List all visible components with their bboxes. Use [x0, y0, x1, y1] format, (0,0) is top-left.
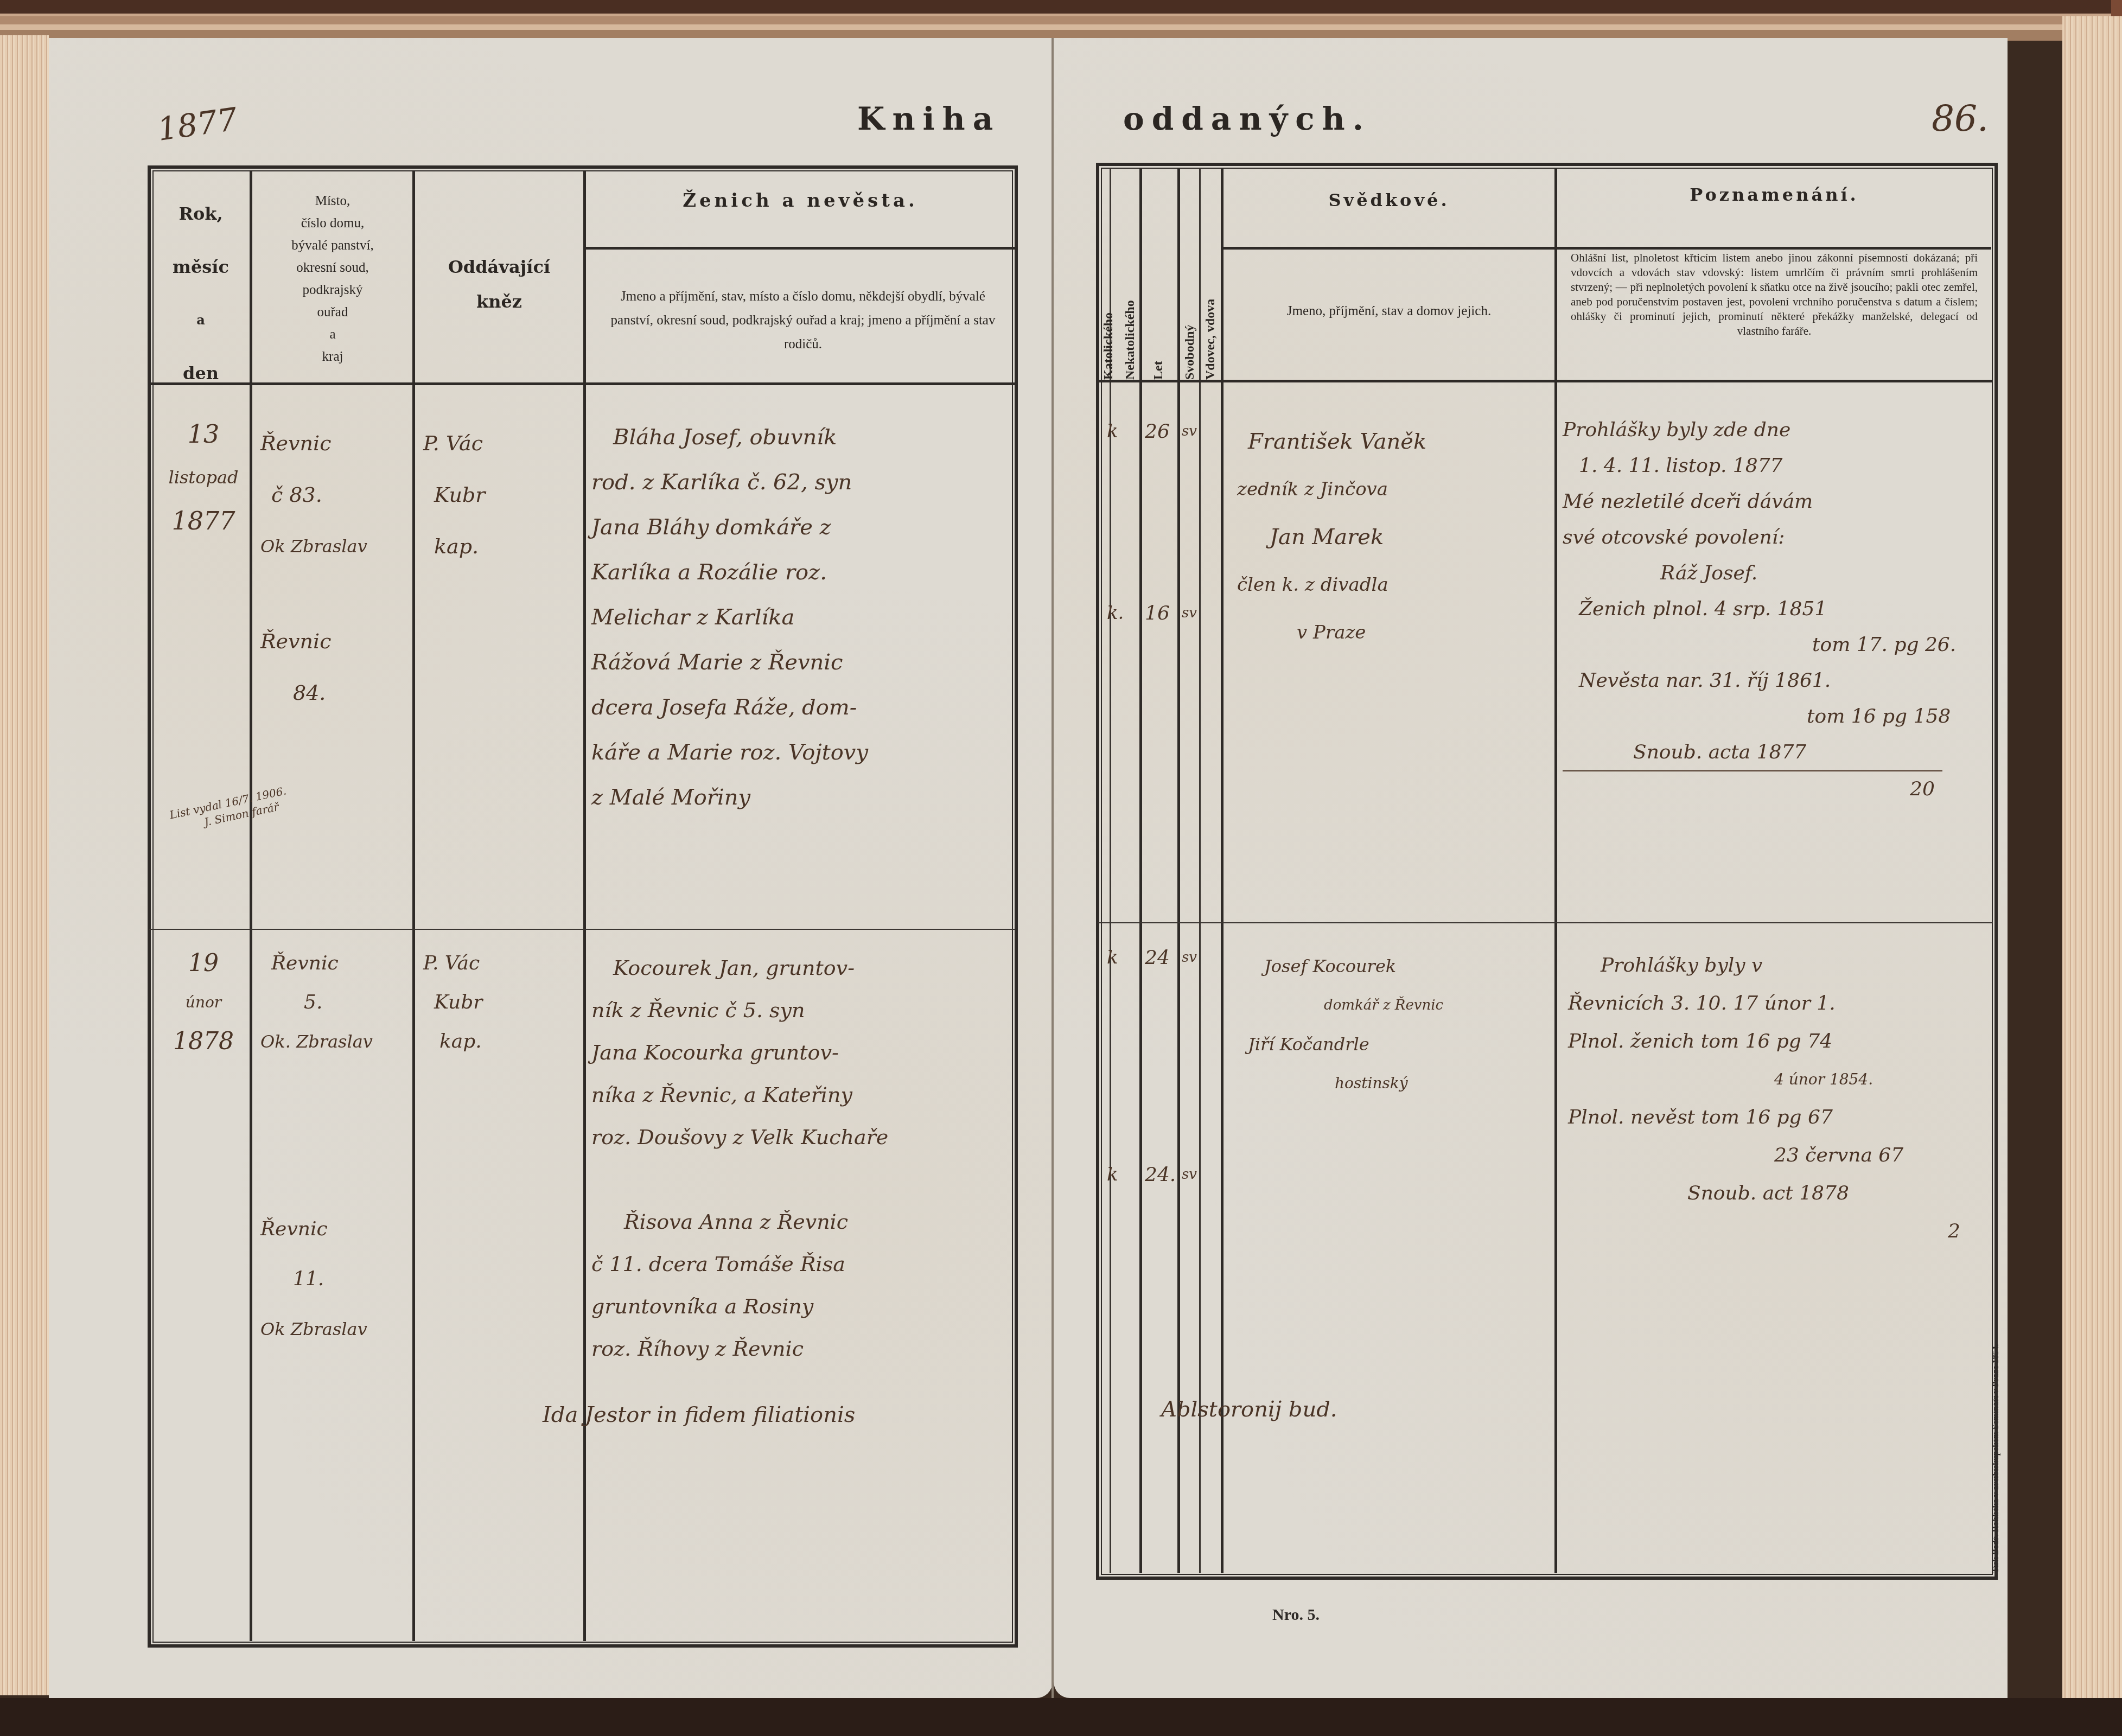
- witness-line: Jan Marek: [1237, 513, 1426, 561]
- entry-place-line: Řevnic: [260, 418, 367, 469]
- entry-date-day: 13: [163, 412, 244, 456]
- note-line: 23 června 67: [1568, 1137, 1960, 1175]
- header-bottom-rule: [1098, 380, 1993, 382]
- entry-text-line: Karlíka a Rozálie roz.: [591, 550, 868, 595]
- entry-1-priest: P. Vác Kubr kap.: [423, 418, 486, 572]
- entry-1-groom-bride: Bláha Josef, obuvník rod. z Karlíka č. 6…: [591, 415, 868, 820]
- header-misto-line: a: [254, 323, 411, 346]
- header-zenich-desc: Jmeno a příjmění, stav, místo a číslo do…: [602, 285, 1004, 356]
- page-stack-right: [2062, 16, 2122, 1698]
- header-zenich-title: Ženich a nevěsta.: [589, 190, 1012, 212]
- header-misto-line: okresní soud,: [254, 257, 411, 279]
- note-line: Plnol. ženich tom 16 pg 74: [1568, 1023, 1960, 1061]
- divider: [1199, 168, 1201, 1573]
- book-bottom-edge: [0, 1698, 2122, 1736]
- note-line: Ženich plnol. 4 srp. 1851: [1563, 591, 1956, 627]
- entry-text-line: rod. z Karlíka č. 62, syn: [591, 460, 868, 505]
- title-left: Kniha: [857, 100, 1001, 137]
- entry-place-line: 84.: [260, 667, 331, 719]
- entry-text-line: Jana Bláhy domkáře z: [591, 505, 868, 550]
- entry-1-date: 13 listopad 1877: [163, 412, 244, 542]
- entry-date-month: listopad: [163, 456, 244, 499]
- entry-priest-line: kap.: [423, 1022, 483, 1061]
- note-line: tom 16 pg 158: [1563, 699, 1956, 735]
- header-svedkove-desc: Jmeno, příjmění, stav a domov jejich.: [1226, 301, 1552, 322]
- entry-2-priest: P. Vác Kubr kap.: [423, 944, 483, 1061]
- entry-place-line: č 83.: [260, 469, 367, 521]
- entry-separator: [149, 929, 1015, 930]
- note-line: 2: [1568, 1212, 1960, 1250]
- header-poznamenani-title: Poznamenání.: [1560, 184, 1989, 205]
- entry-2-place-bride: Řevnic 11. Ok Zbraslav: [260, 1204, 367, 1354]
- page-stack-left: [0, 35, 49, 1695]
- note-line: Mé nezletilé dceři dávám: [1563, 484, 1956, 520]
- entry-1-catholic-groom: k: [1107, 420, 1118, 442]
- entry-2-status-bride: sv: [1182, 1166, 1197, 1183]
- entry-text-line: káře a Marie roz. Vojtovy: [591, 730, 868, 775]
- entry-2-catholic-bride: k: [1107, 1164, 1118, 1185]
- entry-1-status-groom: sv: [1182, 423, 1197, 439]
- entry-date-month: únor: [163, 983, 244, 1022]
- entry-priest-line: Kubr: [423, 983, 483, 1022]
- entry-text-line: Kocourek Jan, gruntov-: [591, 947, 888, 989]
- header-misto-line: Místo,: [254, 190, 411, 212]
- entry-1-age-bride: 16: [1145, 602, 1170, 624]
- note-line: Snoub. acta 1877: [1563, 735, 1956, 770]
- divider: [1221, 168, 1224, 1573]
- signature-right: Ablstoronij bud.: [1161, 1397, 1337, 1422]
- entry-place-line: Ok Zbraslav: [260, 1304, 367, 1354]
- header-vdovec: Vdovec, vdova: [1203, 260, 1218, 380]
- header-misto-line: ouřad: [254, 301, 411, 323]
- entry-1-catholic-bride: k.: [1107, 602, 1124, 624]
- entry-text-line: č 11. dcera Tomáše Řisa: [591, 1243, 888, 1285]
- form-number: Nro. 5.: [1272, 1606, 1320, 1624]
- header-svobodny: Svobodný: [1183, 304, 1197, 380]
- entry-text-line: dcera Josefa Ráže, dom-: [591, 685, 868, 730]
- entry-date-year: 1877: [163, 499, 244, 542]
- entry-text-line: Řisova Anna z Řevnic: [591, 1201, 888, 1243]
- entry-2-age-groom: 24: [1145, 947, 1170, 969]
- entry-2-date: 19 únor 1878: [163, 944, 244, 1061]
- entry-2-status-groom: sv: [1182, 949, 1197, 966]
- header-rok-line: měsíc: [155, 240, 247, 293]
- entry-1-place-groom: Řevnic č 83. Ok Zbraslav: [260, 418, 367, 572]
- entry-place-line: Řevnic: [260, 1204, 367, 1254]
- header-knez: Oddávající kněz: [418, 250, 581, 319]
- entry-place-line: 5.: [260, 983, 373, 1022]
- entry-text-line: Melichar z Karlíka: [591, 595, 868, 640]
- entry-place-line: Řevnic: [260, 944, 373, 983]
- witness-line: v Praze: [1237, 609, 1426, 656]
- header-rok-line: den: [155, 347, 247, 400]
- entry-place-line: 11.: [260, 1254, 367, 1304]
- note-line: Snoub. act 1878: [1568, 1175, 1960, 1212]
- note-line: Nevěsta nar. 31. říj 1861.: [1563, 663, 1956, 699]
- witness-line: domkář z Řevnic: [1248, 986, 1443, 1025]
- divider: [1139, 168, 1142, 1573]
- note-line: Ráž Josef.: [1563, 556, 1956, 591]
- entry-1-age-groom: 26: [1145, 420, 1170, 443]
- note-line: 1. 4. 11. listop. 1877: [1563, 448, 1956, 484]
- entry-1-notes: Prohlášky byly zde dne 1. 4. 11. listop.…: [1563, 412, 1956, 807]
- witness-line: František Vaněk: [1237, 418, 1426, 465]
- header-knez-line: kněz: [418, 284, 581, 319]
- divider: [250, 171, 252, 1641]
- entry-text-line: gruntovníka a Rosiny: [591, 1285, 888, 1327]
- header-knez-line: Oddávající: [418, 250, 581, 284]
- entry-2-groom-bride: Kocourek Jan, gruntov- ník z Řevnic č 5.…: [591, 947, 888, 1370]
- entry-text-line: [591, 1158, 888, 1201]
- entry-text-line: Bláha Josef, obuvník: [591, 415, 868, 460]
- note-line: Plnol. nevěst tom 16 pg 67: [1568, 1099, 1960, 1137]
- entry-1-place-bride: Řevnic 84.: [260, 616, 331, 719]
- entry-priest-line: Kubr: [423, 469, 486, 521]
- witness-line: hostinský: [1248, 1064, 1443, 1103]
- note-line: 4 únor 1854.: [1568, 1061, 1960, 1099]
- entry-text-line: roz. Doušovy z Velk Kuchaře: [591, 1116, 888, 1158]
- header-misto-line: podkrajský: [254, 279, 411, 301]
- page-number: 86.: [1932, 98, 1989, 139]
- witness-line: Josef Kocourek: [1248, 947, 1443, 986]
- entry-text-line: níka z Řevnic, a Kateřiny: [591, 1074, 888, 1116]
- entry-1-status-bride: sv: [1182, 605, 1197, 621]
- header-rok-line: a: [155, 293, 247, 347]
- entry-text-line: roz. Říhovy z Řevnic: [591, 1327, 888, 1370]
- entry-date-year: 1878: [163, 1022, 244, 1061]
- note-line: 20: [1563, 770, 1942, 807]
- entry-priest-line: kap.: [423, 521, 486, 572]
- entry-2-place-groom: Řevnic 5. Ok. Zbraslav: [260, 944, 373, 1061]
- header-rok: Rok, měsíc a den: [155, 187, 247, 400]
- note-line: Řevnicích 3. 10. 17 únor 1.: [1568, 985, 1960, 1023]
- divider: [1221, 247, 1991, 250]
- header-rok-line: Rok,: [155, 187, 247, 240]
- header-nekatolickeho: Nekatolického: [1123, 271, 1138, 380]
- header-misto-line: číslo domu,: [254, 212, 411, 234]
- witness-line: Jiří Kočandrle: [1248, 1025, 1443, 1064]
- signature-left: Ida Jestor in fidem filiationis: [543, 1402, 855, 1427]
- entry-text-line: Rážová Marie z Řevnic: [591, 640, 868, 685]
- note-line: své otcovské povolení:: [1563, 520, 1956, 556]
- divider: [583, 247, 1015, 250]
- register-book-spread: 1877 Kniha oddaných. 86. Rok, měsíc a de…: [0, 0, 2122, 1736]
- header-katolickeho: Katolického: [1101, 277, 1116, 380]
- entry-1-witnesses: František Vaněk zedník z Jinčova Jan Mar…: [1237, 418, 1426, 656]
- entry-2-catholic-groom: k: [1107, 947, 1118, 968]
- printer-imprint: Tisk Bedř. Rohlíčka v arcibiskupském Sem…: [1991, 1313, 2001, 1573]
- header-svedkove-title: Svědkové.: [1226, 190, 1552, 210]
- book-top-edge: [0, 0, 2122, 41]
- entry-text-line: ník z Řevnic č 5. syn: [591, 989, 888, 1031]
- entry-text-line: z Malé Mořiny: [591, 775, 868, 820]
- entry-priest-line: P. Vác: [423, 944, 483, 983]
- book-gutter: [1052, 38, 1054, 1698]
- header-let: Let: [1151, 347, 1166, 380]
- entry-separator: [1098, 922, 1993, 923]
- header-poznamenani-desc: Ohlášní list, plnoletost křticím listem …: [1571, 251, 1978, 339]
- title-right: oddaných.: [1123, 100, 1371, 137]
- header-misto: Místo, číslo domu, bývalé panství, okres…: [254, 190, 411, 368]
- header-bottom-rule: [149, 382, 1015, 385]
- right-table-frame: [1096, 163, 1998, 1580]
- entry-text-line: Jana Kocourka gruntov-: [591, 1031, 888, 1074]
- entry-place-line: Ok Zbraslav: [260, 521, 367, 572]
- note-line: Prohlášky byly zde dne: [1563, 412, 1956, 448]
- note-line: Prohlášky byly v: [1568, 947, 1960, 985]
- entry-place-line: Řevnic: [260, 616, 331, 667]
- header-misto-line: bývalé panství,: [254, 234, 411, 257]
- header-misto-line: kraj: [254, 346, 411, 368]
- note-line: tom 17. pg 26.: [1563, 627, 1956, 663]
- divider: [1554, 168, 1557, 1573]
- witness-line: člen k. z divadla: [1237, 561, 1426, 609]
- entry-2-age-bride: 24.: [1145, 1164, 1176, 1186]
- witness-line: zedník z Jinčova: [1237, 465, 1426, 513]
- divider: [1177, 168, 1180, 1573]
- entry-2-notes: Prohlášky byly v Řevnicích 3. 10. 17 úno…: [1568, 947, 1960, 1250]
- entry-date-day: 19: [163, 944, 244, 983]
- divider: [412, 171, 415, 1641]
- entry-place-line: Ok. Zbraslav: [260, 1022, 373, 1061]
- entry-priest-line: P. Vác: [423, 418, 486, 469]
- entry-2-witnesses: Josef Kocourek domkář z Řevnic Jiří Koča…: [1248, 947, 1443, 1103]
